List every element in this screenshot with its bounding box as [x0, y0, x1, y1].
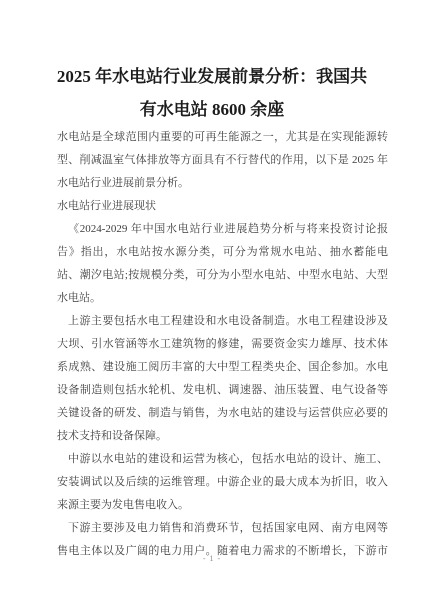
text-line: 水电站行业进展前景分析。	[57, 172, 388, 195]
text-line: 站、潮汐电站;按规模分类，可分为小型水电站、中型水电站、大型	[57, 264, 388, 287]
text-line: 《2024-2029 年中国水电站行业进展趋势分析与将来投资讨论报	[57, 218, 388, 241]
text-line: 水电站是全球范围内重要的可再生能源之一，尤其是在实现能源转	[57, 126, 388, 149]
document-title: 2025 年水电站行业发展前景分析：我国共 有水电站 8600 余座	[0, 0, 424, 126]
section-heading-status: 水电站行业进展现状	[57, 195, 388, 218]
text-line: 下游主要涉及电力销售和消费环节，包括国家电网、南方电网等	[57, 517, 388, 540]
text-line: 关键设备的研发、制造与销售，为水电站的建设与运营供应必要的	[57, 402, 388, 425]
paragraph-upstream: 上游主要包括水电工程建设和水电设备制造。水电工程建设涉及 大坝、引水管涵等水工建…	[57, 310, 388, 448]
document-page: 2025 年水电站行业发展前景分析：我国共 有水电站 8600 余座 水电站是全…	[0, 0, 424, 600]
text-line: 技术支持和设备保障。	[57, 425, 388, 448]
paragraph-midstream: 中游以水电站的建设和运营为核心，包括水电站的设计、施工、 安装调试以及后续的运维…	[57, 448, 388, 517]
text-line: 告》指出，水电站按水源分类，可分为常规水电站、抽水蓄能电	[57, 241, 388, 264]
document-body: 水电站是全球范围内重要的可再生能源之一，尤其是在实现能源转 型、削减温室气体排放…	[57, 126, 388, 563]
text-line: 安装调试以及后续的运维管理。中游企业的最大成本为折旧，收入	[57, 471, 388, 494]
page-number: - 1 -	[0, 554, 424, 563]
title-line-2: 有水电站 8600 余座	[0, 93, 424, 126]
title-line-1: 2025 年水电站行业发展前景分析：我国共	[0, 60, 424, 93]
paragraph-report-classification: 《2024-2029 年中国水电站行业进展趋势分析与将来投资讨论报 告》指出，水…	[57, 218, 388, 310]
text-line: 大坝、引水管涵等水工建筑物的修建，需要资金实力雄厚、技术体	[57, 333, 388, 356]
paragraph-intro: 水电站是全球范围内重要的可再生能源之一，尤其是在实现能源转 型、削减温室气体排放…	[57, 126, 388, 195]
text-line: 水电站。	[57, 287, 388, 310]
text-line: 来源主要为发电售电收入。	[57, 494, 388, 517]
text-line: 上游主要包括水电工程建设和水电设备制造。水电工程建设涉及	[57, 310, 388, 333]
text-line: 中游以水电站的建设和运营为核心，包括水电站的设计、施工、	[57, 448, 388, 471]
text-line: 型、削减温室气体排放等方面具有不行替代的作用，以下是 2025 年	[57, 149, 388, 172]
text-line: 系成熟、建设施工阅历丰富的大中型工程类央企、国企参加。水电	[57, 356, 388, 379]
text-line: 设备制造则包括水轮机、发电机、调速器、油压装置、电气设备等	[57, 379, 388, 402]
section-heading-text: 水电站行业进展现状	[57, 195, 388, 218]
